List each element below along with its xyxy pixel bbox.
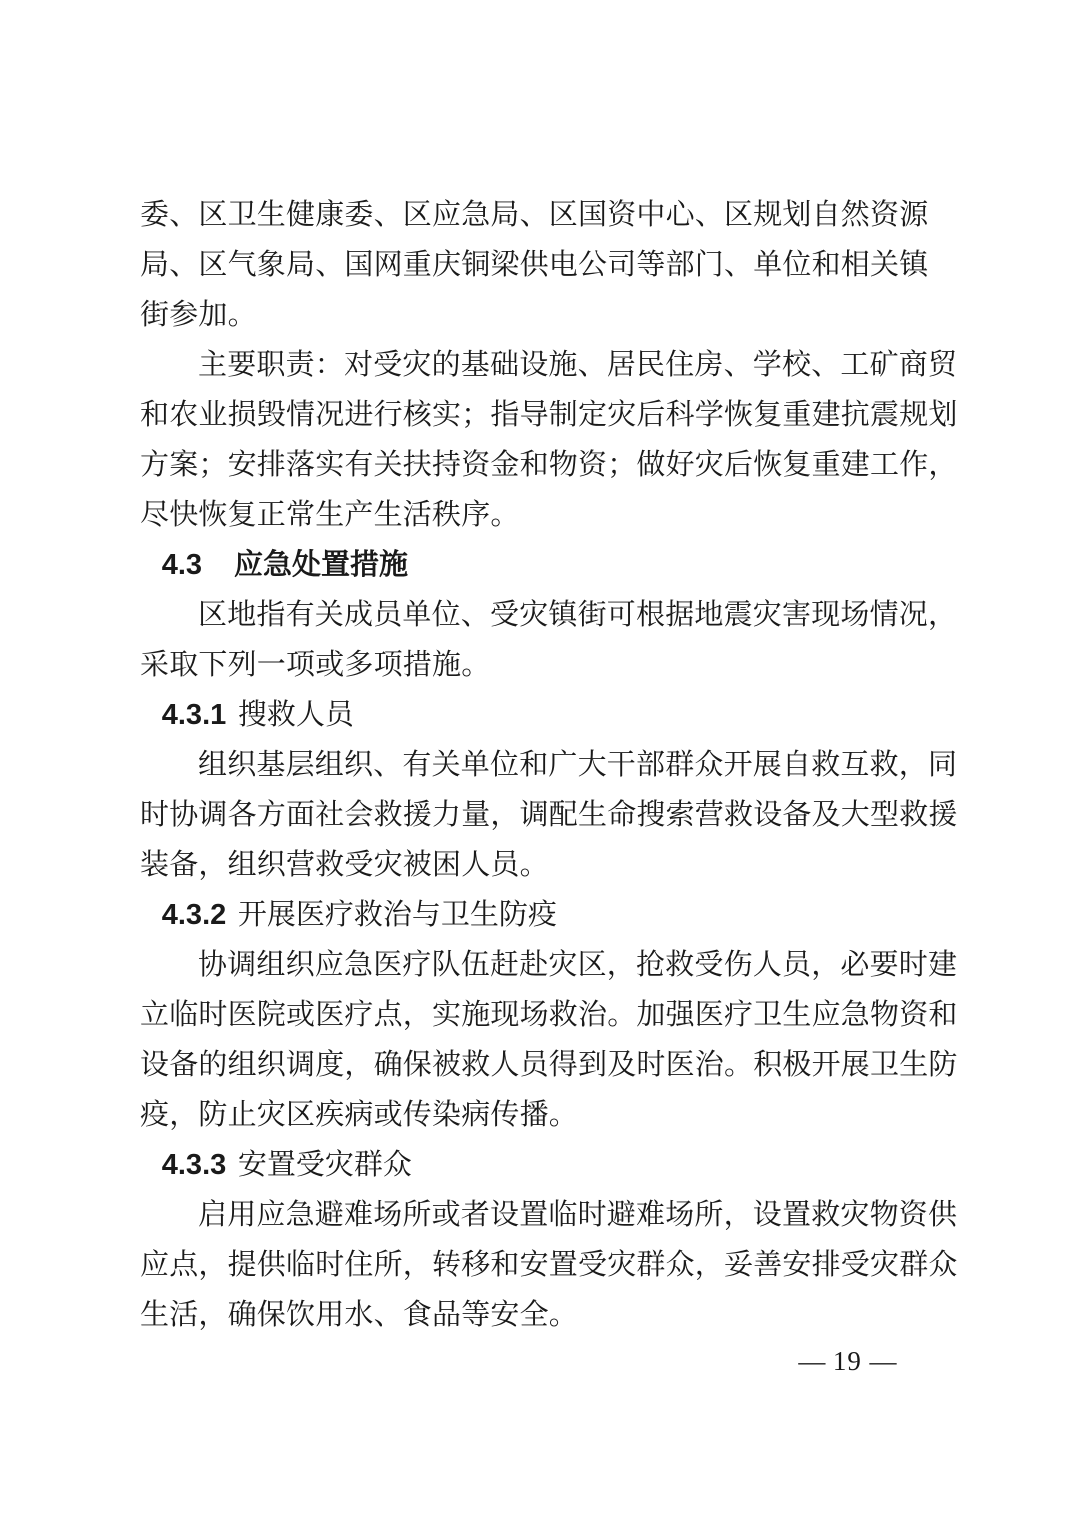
- section-number: 4.3.3: [162, 1149, 227, 1181]
- footer-dash-right: —: [869, 1346, 896, 1376]
- section-number: 4.3.1: [162, 699, 227, 731]
- section-heading-4-3-2: 4.3.2开展医疗救治与卫生防疫: [140, 890, 964, 940]
- page-content: 委、区卫生健康委、区应急局、区国资中心、区规划自然资源 局、区气象局、国网重庆铜…: [140, 190, 964, 1340]
- section-number: 4.3.2: [162, 899, 227, 931]
- section-heading-4-3: 4.3应急处置措施: [140, 540, 964, 590]
- page-number: 19: [833, 1346, 862, 1376]
- paragraph-continuation: 委、区卫生健康委、区应急局、区国资中心、区规划自然资源 局、区气象局、国网重庆铜…: [140, 190, 964, 340]
- section-title: 安置受灾群众: [238, 1149, 412, 1181]
- page-footer: —19—: [791, 1344, 904, 1378]
- section-heading-4-3-3: 4.3.3安置受灾群众: [140, 1140, 964, 1190]
- section-heading-4-3-1: 4.3.1搜救人员: [140, 690, 964, 740]
- paragraph-4-3-3: 启用应急避难场所或者设置临时避难场所，设置救灾物资供 应点，提供临时住所，转移和…: [140, 1190, 964, 1340]
- section-title: 搜救人员: [238, 699, 354, 731]
- document-page: 委、区卫生健康委、区应急局、区国资中心、区规划自然资源 局、区气象局、国网重庆铜…: [0, 0, 1074, 1520]
- paragraph-4-3-intro: 区地指有关成员单位、受灾镇街可根据地震灾害现场情况， 采取下列一项或多项措施。: [140, 590, 964, 690]
- paragraph-duties: 主要职责：对受灾的基础设施、居民住房、学校、工矿商贸 和农业损毁情况进行核实；指…: [140, 340, 964, 540]
- section-title: 开展医疗救治与卫生防疫: [238, 899, 557, 931]
- footer-dash-left: —: [798, 1346, 825, 1376]
- paragraph-4-3-2: 协调组织应急医疗队伍赶赴灾区，抢救受伤人员，必要时建 立临时医院或医疗点，实施现…: [140, 940, 964, 1140]
- section-number: 4.3: [162, 549, 202, 581]
- paragraph-4-3-1: 组织基层组织、有关单位和广大干部群众开展自救互救，同 时协调各方面社会救援力量，…: [140, 740, 964, 890]
- section-title: 应急处置措施: [234, 549, 408, 581]
